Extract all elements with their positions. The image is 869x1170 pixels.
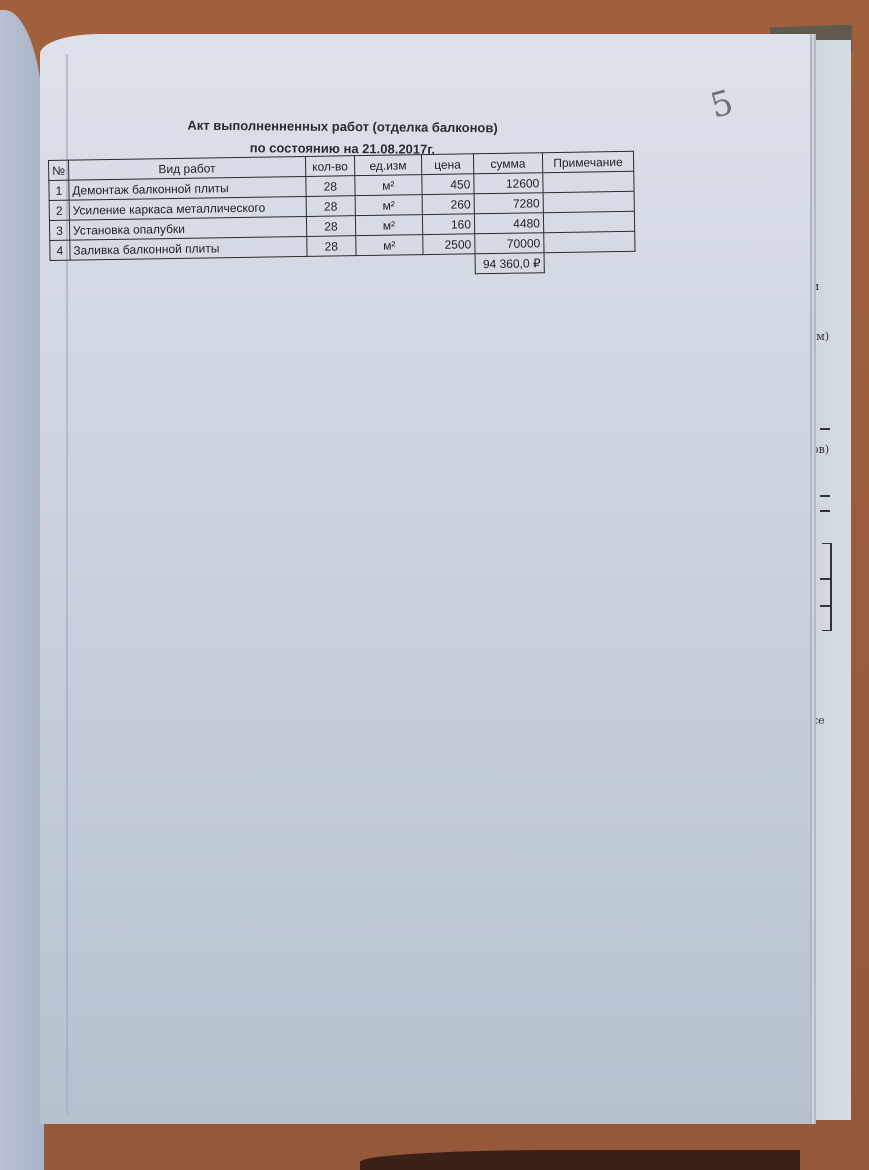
cell-note [543,171,634,192]
underlying-dash [820,510,830,512]
underlying-text-fragment: ов) [812,443,829,456]
cell-num: 2 [49,200,69,220]
cell-num: 3 [49,220,69,240]
underlying-dash [820,605,830,607]
works-table: № Вид работ кол-во ед.изм цена сумма При… [48,151,636,281]
cell-unit: м² [355,195,422,216]
cell-note [544,231,635,252]
cell-num: 1 [49,180,69,200]
cell-price: 450 [422,174,474,195]
cell-unit: м² [356,235,423,256]
cell-qty: 28 [307,236,356,257]
cell-price: 260 [422,194,474,215]
underlying-bracket [822,543,832,631]
cell-sum: 70000 [475,233,544,254]
header-note: Примечание [542,151,633,172]
cell-note [543,191,634,212]
underlying-dash [820,428,830,430]
cell-unit: м² [355,215,422,236]
underlying-dash [820,578,830,580]
cell-note [543,211,634,232]
cell-sum: 4480 [474,213,543,234]
cell-unit: м² [355,175,422,196]
header-sum: сумма [473,153,542,174]
left-page-edge [0,10,44,1170]
cell-qty: 28 [306,176,355,197]
underlying-dash [820,495,830,497]
cell-sum: 12600 [474,173,543,194]
title-line-1: Акт выполненненных работ (отделка балкон… [170,114,515,139]
cell-price: 160 [422,214,474,235]
header-num: № [49,160,69,180]
cell-price: 2500 [423,234,475,255]
cell-qty: 28 [306,196,355,217]
desk-shadow [360,1150,800,1170]
underlying-text-fragment: и [812,280,819,293]
underlying-text-fragment: се [812,714,825,727]
total-sum: 94 360,0 ₽ [475,253,544,274]
cell-num: 4 [50,240,70,260]
header-unit: ед.изм [354,155,421,176]
cell-qty: 28 [306,216,355,237]
cell-sum: 7280 [474,193,543,214]
underlying-text-fragment: (м) [812,330,829,343]
header-qty: кол-во [305,156,354,177]
header-price: цена [421,154,473,175]
